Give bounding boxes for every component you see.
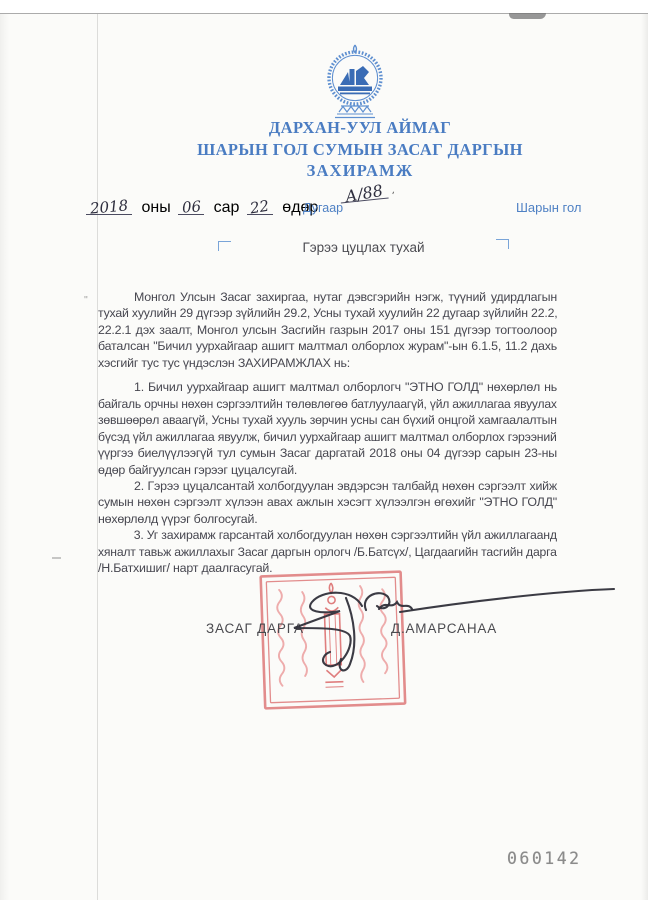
body-line: 3. Уг захирамж гарсантай холбогдуулан нө… — [98, 527, 553, 543]
body-line: тухай хуулийн 29 дүгээр зүйлийн 29.2, Ус… — [98, 305, 554, 321]
document-body: Монгол Улсын Засаг захиргаа, нутаг дэвсг… — [98, 289, 557, 577]
year-label: оны — [141, 199, 170, 216]
handwritten-month: 06 — [181, 200, 201, 214]
letterhead-line1: ДАРХАН-УУЛ АЙМАГ — [130, 117, 590, 139]
handwritten-day: 22 — [249, 200, 270, 216]
scanner-edge-strip — [0, 0, 648, 14]
document-title: Гэрээ цуцлах тухай — [134, 240, 593, 255]
scan-dash-artifact — [52, 557, 61, 559]
month-blank: 06 — [178, 201, 204, 215]
date-line: 2018 оны 06 сар 22 өдөр — [86, 199, 318, 217]
body-line: нөхөрлөлд үүрэг болгосугай. — [98, 511, 557, 527]
body-line: сумын нөхөн сэргээлт хүлээн авах ажлын х… — [98, 494, 557, 510]
body-line: 1. Бичил уурхайгаар ашигт малтмал олборл… — [98, 379, 557, 395]
year-blank: 2018 — [86, 201, 132, 215]
body-line: өдөр байгуулсан гэрээг цуцалсугай. — [98, 462, 557, 478]
mongolia-state-emblem-icon — [313, 44, 397, 120]
scanned-decree-document: { "colors": { "header_blue": "#4a7cc2", … — [0, 0, 648, 900]
letterhead: ДАРХАН-УУЛ АЙМАГ ШАРЫН ГОЛ СУМЫН ЗАСАГ Д… — [130, 117, 590, 182]
body-line: хяналт тавьж ажиллахыг Засаг даргын орло… — [98, 544, 549, 560]
pen-tick-artifact: ʹ — [389, 190, 395, 202]
scanner-edge-notch — [509, 13, 546, 19]
body-line: 2. Гэрээ цуцалсантай холбогдуулан эвдэрс… — [98, 478, 557, 494]
letterhead-line2: ШАРЫН ГОЛ СУМЫН ЗАСАГ ДАРГЫН — [130, 139, 590, 161]
body-line: зөвшөөрөл аваагүй, Усны тухай хууль зөрч… — [98, 412, 550, 428]
serial-number: 060142 — [507, 849, 582, 868]
official-red-stamp — [258, 568, 409, 716]
body-line: бүсэд үйл ажиллагаа явуулж, бичил уурхай… — [98, 429, 552, 445]
signer-name-label: Д.АМАРСАНАА — [391, 621, 497, 636]
number-blank: А/88 — [339, 184, 388, 204]
place-name: Шарын гол — [516, 200, 582, 215]
body-line: үүргээ биелүүлээгүй тул сумын Засаг дарг… — [98, 445, 557, 461]
scan-quote-artifact: '' — [84, 295, 88, 306]
body-line: 22.2.1 дэх заалт, Монгол улсын Засгийн г… — [98, 322, 557, 338]
body-line: хэсгийг тус тус үндэслэн ЗАХИРАМЖЛАХ нь: — [98, 355, 557, 371]
day-blank: 22 — [247, 201, 273, 215]
month-label: сар — [214, 199, 240, 216]
body-line: баталсан "Бичил уурхайгаар ашигт малтмал… — [98, 338, 557, 354]
handwritten-year: 2018 — [89, 199, 128, 215]
handwritten-number: А/88 — [344, 184, 384, 203]
signer-role-label: ЗАСАГ ДАРГА — [206, 621, 304, 636]
body-line: байгаль орчны нөхөн сэргээлтийн төлөвлөг… — [98, 396, 546, 412]
body-line: Монгол Улсын Засаг захиргаа, нутаг дэвсг… — [98, 289, 557, 305]
letterhead-line3: ЗАХИРАМЖ — [130, 160, 590, 182]
number-label: Дугаар — [303, 201, 343, 215]
